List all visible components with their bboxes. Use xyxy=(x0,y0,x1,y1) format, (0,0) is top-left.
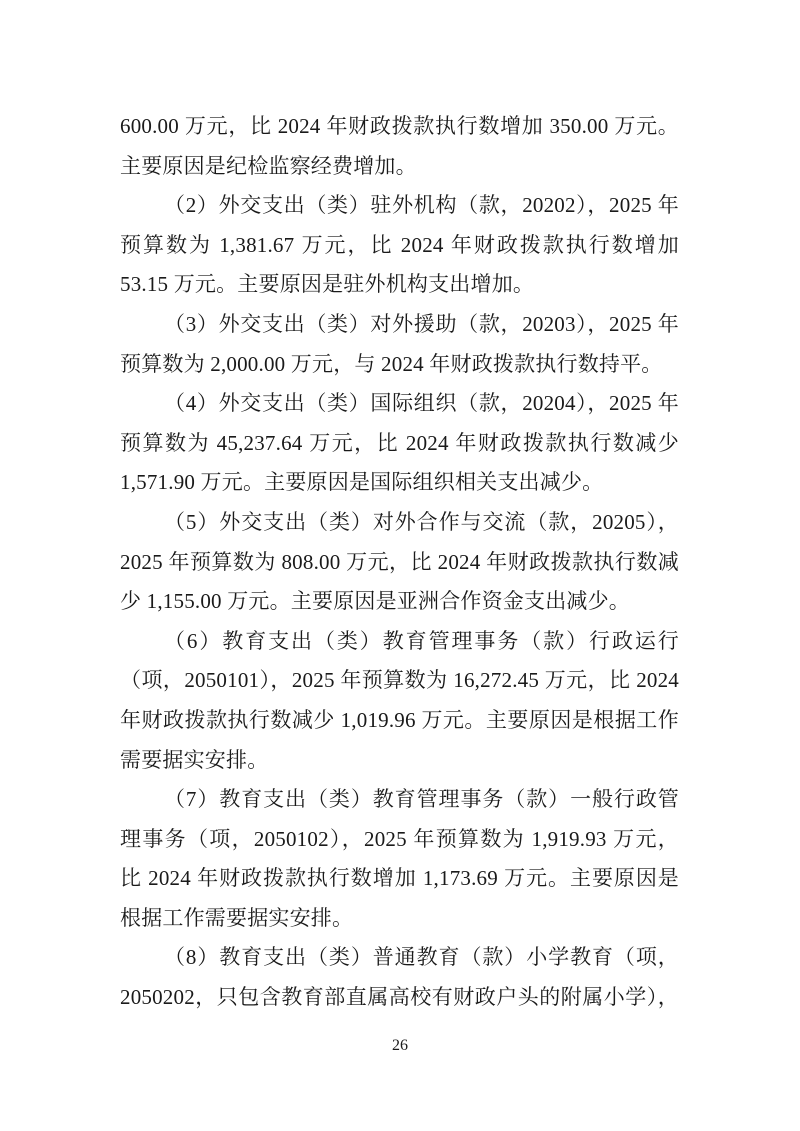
paragraph-item-6: （6）教育支出（类）教育管理事务（款）行政运行（项，2050101），2025 … xyxy=(120,622,679,780)
page-number: 26 xyxy=(0,1036,800,1056)
paragraph-item-5: （5）外交支出（类）对外合作与交流（款，20205），2025 年预算数为 80… xyxy=(120,503,679,622)
paragraph-item-8: （8）教育支出（类）普通教育（款）小学教育（项，2050202，只包含教育部直属… xyxy=(120,938,679,1017)
paragraph-item-4: （4）外交支出（类）国际组织（款，20204），2025 年预算数为 45,23… xyxy=(120,384,679,503)
paragraph-item-3: （3）外交支出（类）对外援助（款，20203），2025 年预算数为 2,000… xyxy=(120,305,679,384)
document-page: 600.00 万元，比 2024 年财政拨款执行数增加 350.00 万元。主要… xyxy=(0,0,800,1131)
paragraph-item-7: （7）教育支出（类）教育管理事务（款）一般行政管理事务（项，2050102），2… xyxy=(120,780,679,938)
paragraph-item-2: （2）外交支出（类）驻外机构（款，20202），2025 年预算数为 1,381… xyxy=(120,186,679,305)
paragraph-continuation: 600.00 万元，比 2024 年财政拨款执行数增加 350.00 万元。主要… xyxy=(120,107,679,186)
page-content: 600.00 万元，比 2024 年财政拨款执行数增加 350.00 万元。主要… xyxy=(120,107,679,1018)
